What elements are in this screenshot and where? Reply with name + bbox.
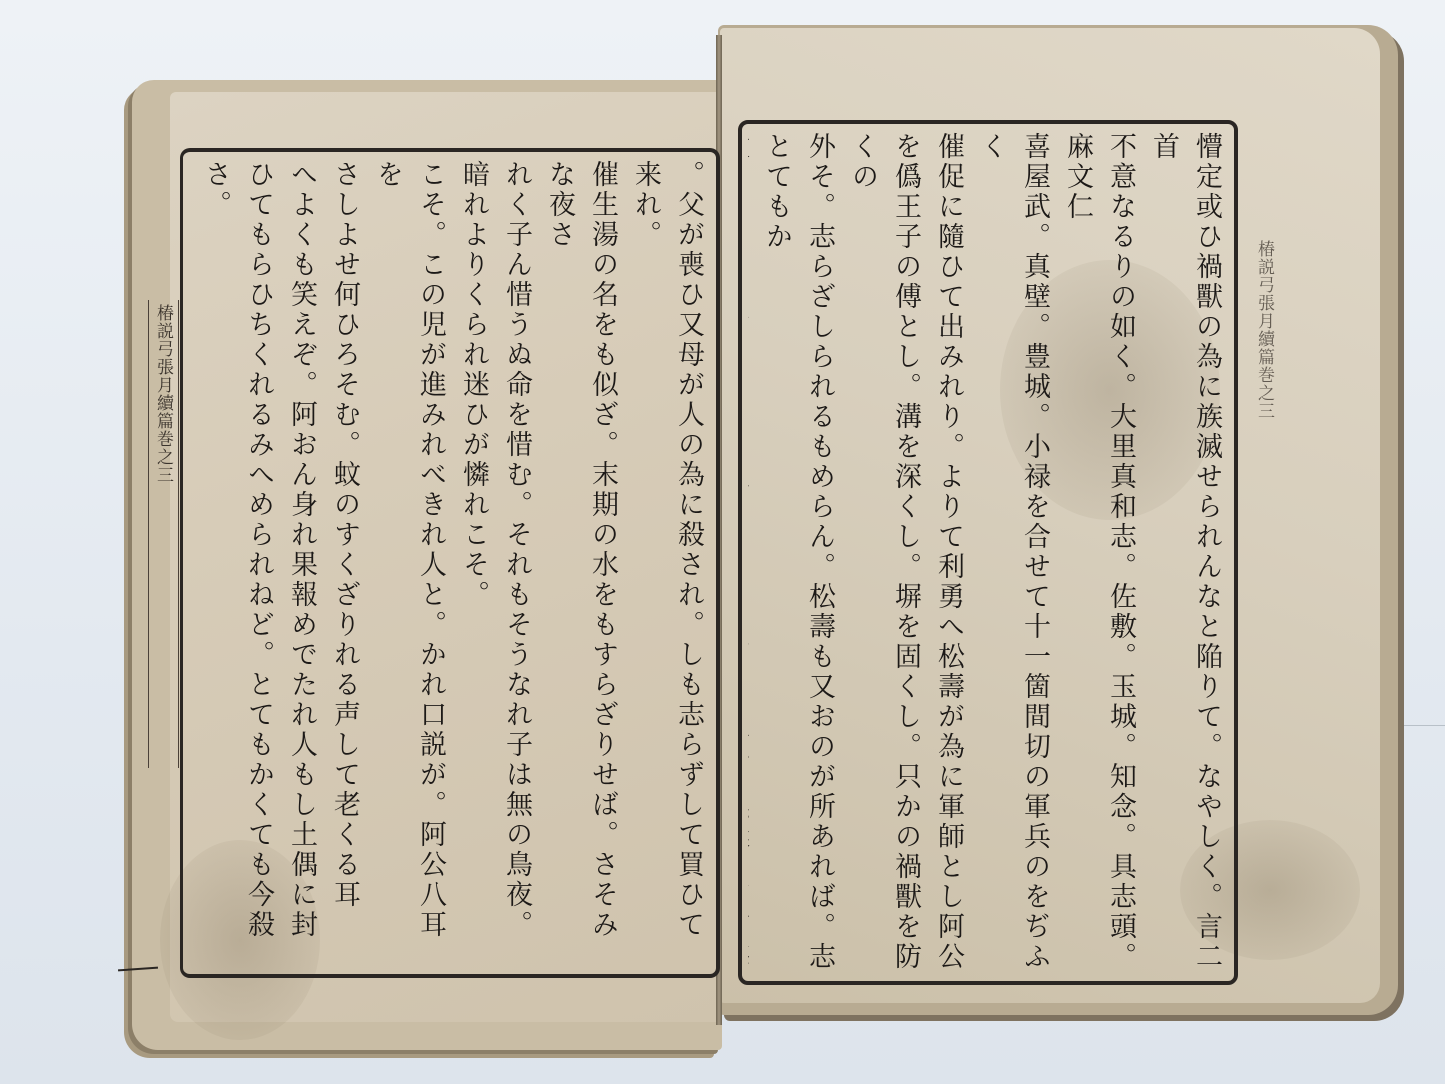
text-column: 。父が喪ひ又母が人の為に殺され。しも志らずして買ひて来れ。 [624, 160, 710, 960]
text-column: ひてもらひちくれるみへめられねど。とてもかくても今殺さ。 [194, 160, 280, 960]
text-column: へよくも笑えぞ。阿おん身れ果報めでたれ人もし土偶に封 [280, 160, 323, 960]
text-column: 暗れよりくられ迷ひが憐れこそ。 [452, 160, 495, 960]
text-column: 喜屋武。真壁。豊城。小禄を合せて十一箇間切の軍兵のをぢふく [970, 132, 1056, 972]
left-margin-title: 椿説弓張月續篇巻之三 [148, 300, 179, 768]
text-column: 外そ。志らざしられるもめらん。松壽も又おのが所あれば。志とてもか [755, 132, 841, 972]
left-page-text: 。父が喪ひ又母が人の為に殺され。しも志らずして買ひて来れ。 催生湯の名をも似ざ。… [190, 160, 710, 960]
right-page-text: 懵定或ひ禍獸の為に族滅せられんなと陥りて。なやしく。言二首 不意なるりの如く。大… [748, 132, 1228, 972]
text-column: 催生湯の名をも似ざ。末期の水をもすらざりせば。さそみな夜さ [538, 160, 624, 960]
text-column: 不意なるりの如く。大里真和志。佐敷。玉城。知念。具志頭。麻文仁 [1056, 132, 1142, 972]
text-column: 催促に隨ひて出みれり。よりて利勇へ松壽が為に軍師とし阿公 [927, 132, 970, 972]
text-column: 致さそ只いそづかに日を過そなどに。利勇へ頻に焦燥て間切毎 [748, 132, 755, 972]
right-margin-title: 椿説弓張月續篇巻之三 [1252, 240, 1277, 800]
text-column: を僞王子の傅とし。溝を深くし。塀を固くし。只かの禍獸を防くの [841, 132, 927, 972]
text-column: さしよせ何ひろそむ。蚊のすくざりれる声して老くる耳 [323, 160, 366, 960]
text-column: 懵定或ひ禍獸の為に族滅せられんなと陥りて。なやしく。言二首 [1142, 132, 1228, 972]
text-column: こそ。この児が進みれべきれ人と。かれ口説が。阿公八耳を [366, 160, 452, 960]
text-column: れく子ん惜うぬ命を惜む。それもそうなれ子は無の鳥夜。 [495, 160, 538, 960]
text-column: その耳へ笑みる。冥土の餞別惜うもめらぬざ。てよなされ [190, 160, 194, 960]
